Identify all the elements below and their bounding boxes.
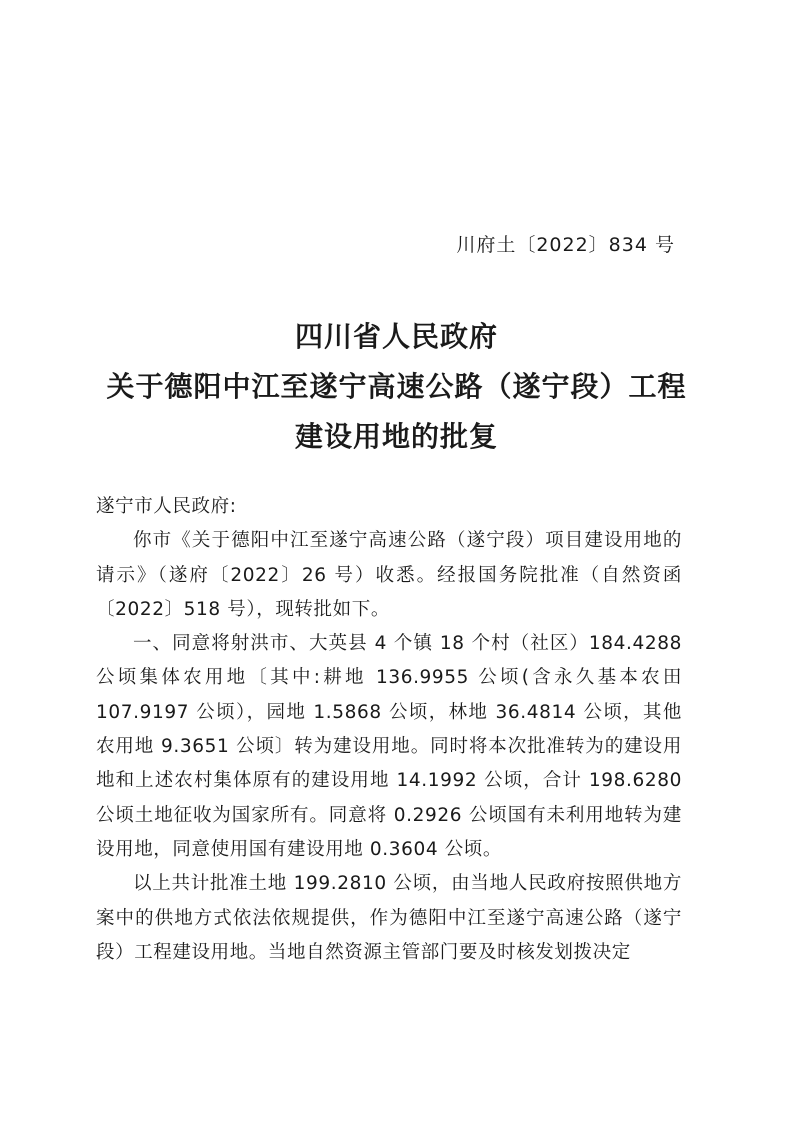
paragraph-intro: 你市《关于德阳中江至遂宁高速公路（遂宁段）项目建设用地的请示》（遂府〔2022〕…	[96, 524, 682, 627]
document-number: 川府土〔2022〕834 号	[456, 230, 675, 257]
paragraph-total: 以上共计批准土地 199.2810 公顷，由当地人民政府按照供地方案中的供地方式…	[96, 867, 682, 970]
title-line-subject: 关于德阳中江至遂宁高速公路（遂宁段）工程	[0, 362, 793, 412]
addressee: 遂宁市人民政府:	[96, 490, 682, 524]
title-line-issuer: 四川省人民政府	[0, 312, 793, 362]
title-line-type: 建设用地的批复	[0, 412, 793, 462]
paragraph-item-one: 一、同意将射洪市、大英县 4 个镇 18 个村（社区）184.4288 公顷集体…	[96, 627, 682, 867]
document-body: 遂宁市人民政府: 你市《关于德阳中江至遂宁高速公路（遂宁段）项目建设用地的请示》…	[96, 490, 682, 970]
document-title: 四川省人民政府 关于德阳中江至遂宁高速公路（遂宁段）工程 建设用地的批复	[0, 312, 793, 462]
